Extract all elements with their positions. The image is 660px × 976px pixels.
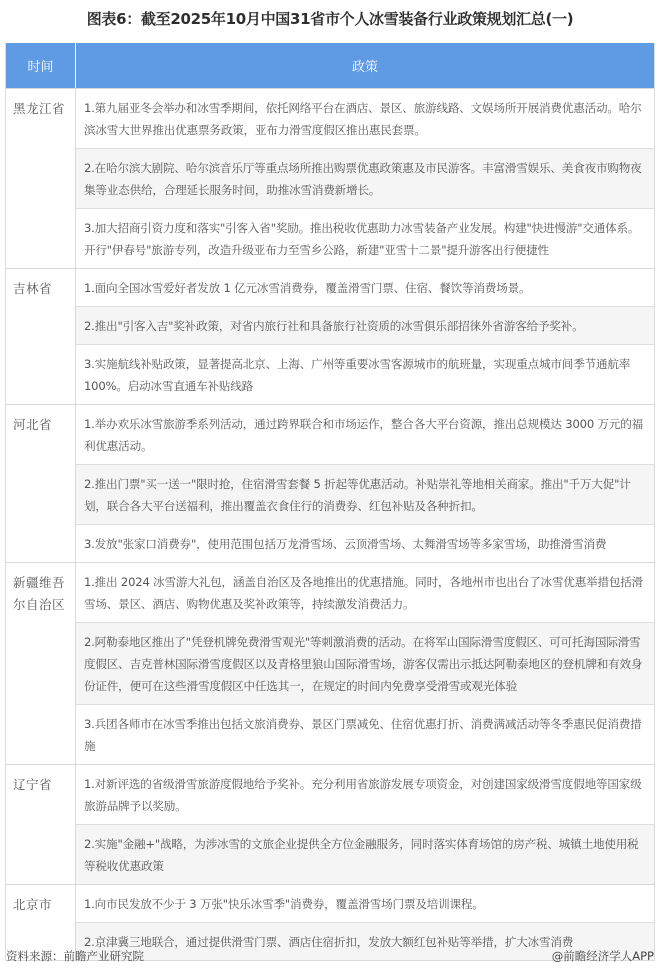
province-group-hebei: 河北省 1.举办欢乐冰雪旅游季系列活动，通过跨界联合和市场运作，整合各大平台资源… xyxy=(6,404,654,562)
province-cell: 辽宁省 xyxy=(6,765,76,884)
policy-item: 3.兵团各师市在冰雪季推出包括文旅消费券、景区门票减免、住宿优惠打折、消费满减活… xyxy=(76,704,654,764)
policy-item: 2.推出门票"买一送一"限时抢，住宿滑雪套餐 5 折起等优惠活动。补贴崇礼等地相… xyxy=(76,464,654,524)
policy-item: 2.在哈尔滨大剧院、哈尔滨音乐厅等重点场所推出购票优惠政策惠及市民游客。丰富滑雪… xyxy=(76,148,654,208)
province-cell: 吉林省 xyxy=(6,269,76,404)
policy-item: 3.发放"张家口消费券"，使用范围包括万龙滑雪场、云顶滑雪场、太舞滑雪场等多家雪… xyxy=(76,524,654,562)
policy-item: 1.面向全国冰雪爱好者发放 1 亿元冰雪消费券，覆盖滑雪门票、住宿、餐饮等消费场… xyxy=(76,269,654,306)
policy-item: 1.向市民发放不少于 3 万张"快乐冰雪季"消费券，覆盖滑雪场门票及培训课程。 xyxy=(76,885,654,922)
policy-item: 3.加大招商引资力度和落实"引客入省"奖励。推出税收优惠助力冰雪装备产业发展。构… xyxy=(76,208,654,268)
footer: 资料来源：前瞻产业研究院 @前瞻经济学人APP xyxy=(6,948,654,964)
policy-item: 2.推出"引客入吉"奖补政策，对省内旅行社和具备旅行社资质的冰雪俱乐部招徕外省游… xyxy=(76,306,654,344)
page-title: 图表6：截至2025年10月中国31省市个人冰雪装备行业政策规划汇总(一) xyxy=(0,8,660,29)
credit-note: @前瞻经济学人APP xyxy=(552,948,654,964)
header-time: 时间 xyxy=(6,43,76,88)
source-note: 资料来源：前瞻产业研究院 xyxy=(6,948,144,964)
province-group-heilongjiang: 黑龙江省 1.第九届亚冬会举办和冰雪季期间，依托网络平台在酒店、景区、旅游线路、… xyxy=(6,88,654,268)
province-cell: 河北省 xyxy=(6,405,76,562)
policy-item: 3.实施航线补贴政策，显著提高北京、上海、广州等重要冰雪客源城市的航班量，实现重… xyxy=(76,344,654,404)
province-cell: 新疆维吾尔自治区 xyxy=(6,563,76,764)
policy-item: 1.第九届亚冬会举办和冰雪季期间，依托网络平台在酒店、景区、旅游线路、文娱场所开… xyxy=(76,89,654,148)
province-group-liaoning: 辽宁省 1.对新评选的省级滑雪旅游度假地给予奖补。充分利用省旅游发展专项资金，对… xyxy=(6,764,654,884)
policy-item: 1.推出 2024 冰雪游大礼包，涵盖自治区及各地推出的优惠措施。同时，各地州市… xyxy=(76,563,654,622)
policy-item: 1.举办欢乐冰雪旅游季系列活动，通过跨界联合和市场运作，整合各大平台资源，推出总… xyxy=(76,405,654,464)
province-group-xinjiang: 新疆维吾尔自治区 1.推出 2024 冰雪游大礼包，涵盖自治区及各地推出的优惠措… xyxy=(6,562,654,764)
policy-item: 1.对新评选的省级滑雪旅游度假地给予奖补。充分利用省旅游发展专项资金，对创建国家… xyxy=(76,765,654,824)
policy-item: 2.实施"金融+"战略，为涉冰雪的文旅企业提供全方位金融服务，同时落实体育场馆的… xyxy=(76,824,654,884)
policy-table: 时间 政策 黑龙江省 1.第九届亚冬会举办和冰雪季期间，依托网络平台在酒店、景区… xyxy=(5,43,655,961)
province-cell: 黑龙江省 xyxy=(6,89,76,268)
policy-item: 2.阿勒泰地区推出了"凭登机牌免费滑雪观光"等刺激消费的活动。在将军山国际滑雪度… xyxy=(76,622,654,704)
header-policy: 政策 xyxy=(76,43,654,88)
province-group-jilin: 吉林省 1.面向全国冰雪爱好者发放 1 亿元冰雪消费券，覆盖滑雪门票、住宿、餐饮… xyxy=(6,268,654,404)
table-header: 时间 政策 xyxy=(6,43,654,88)
